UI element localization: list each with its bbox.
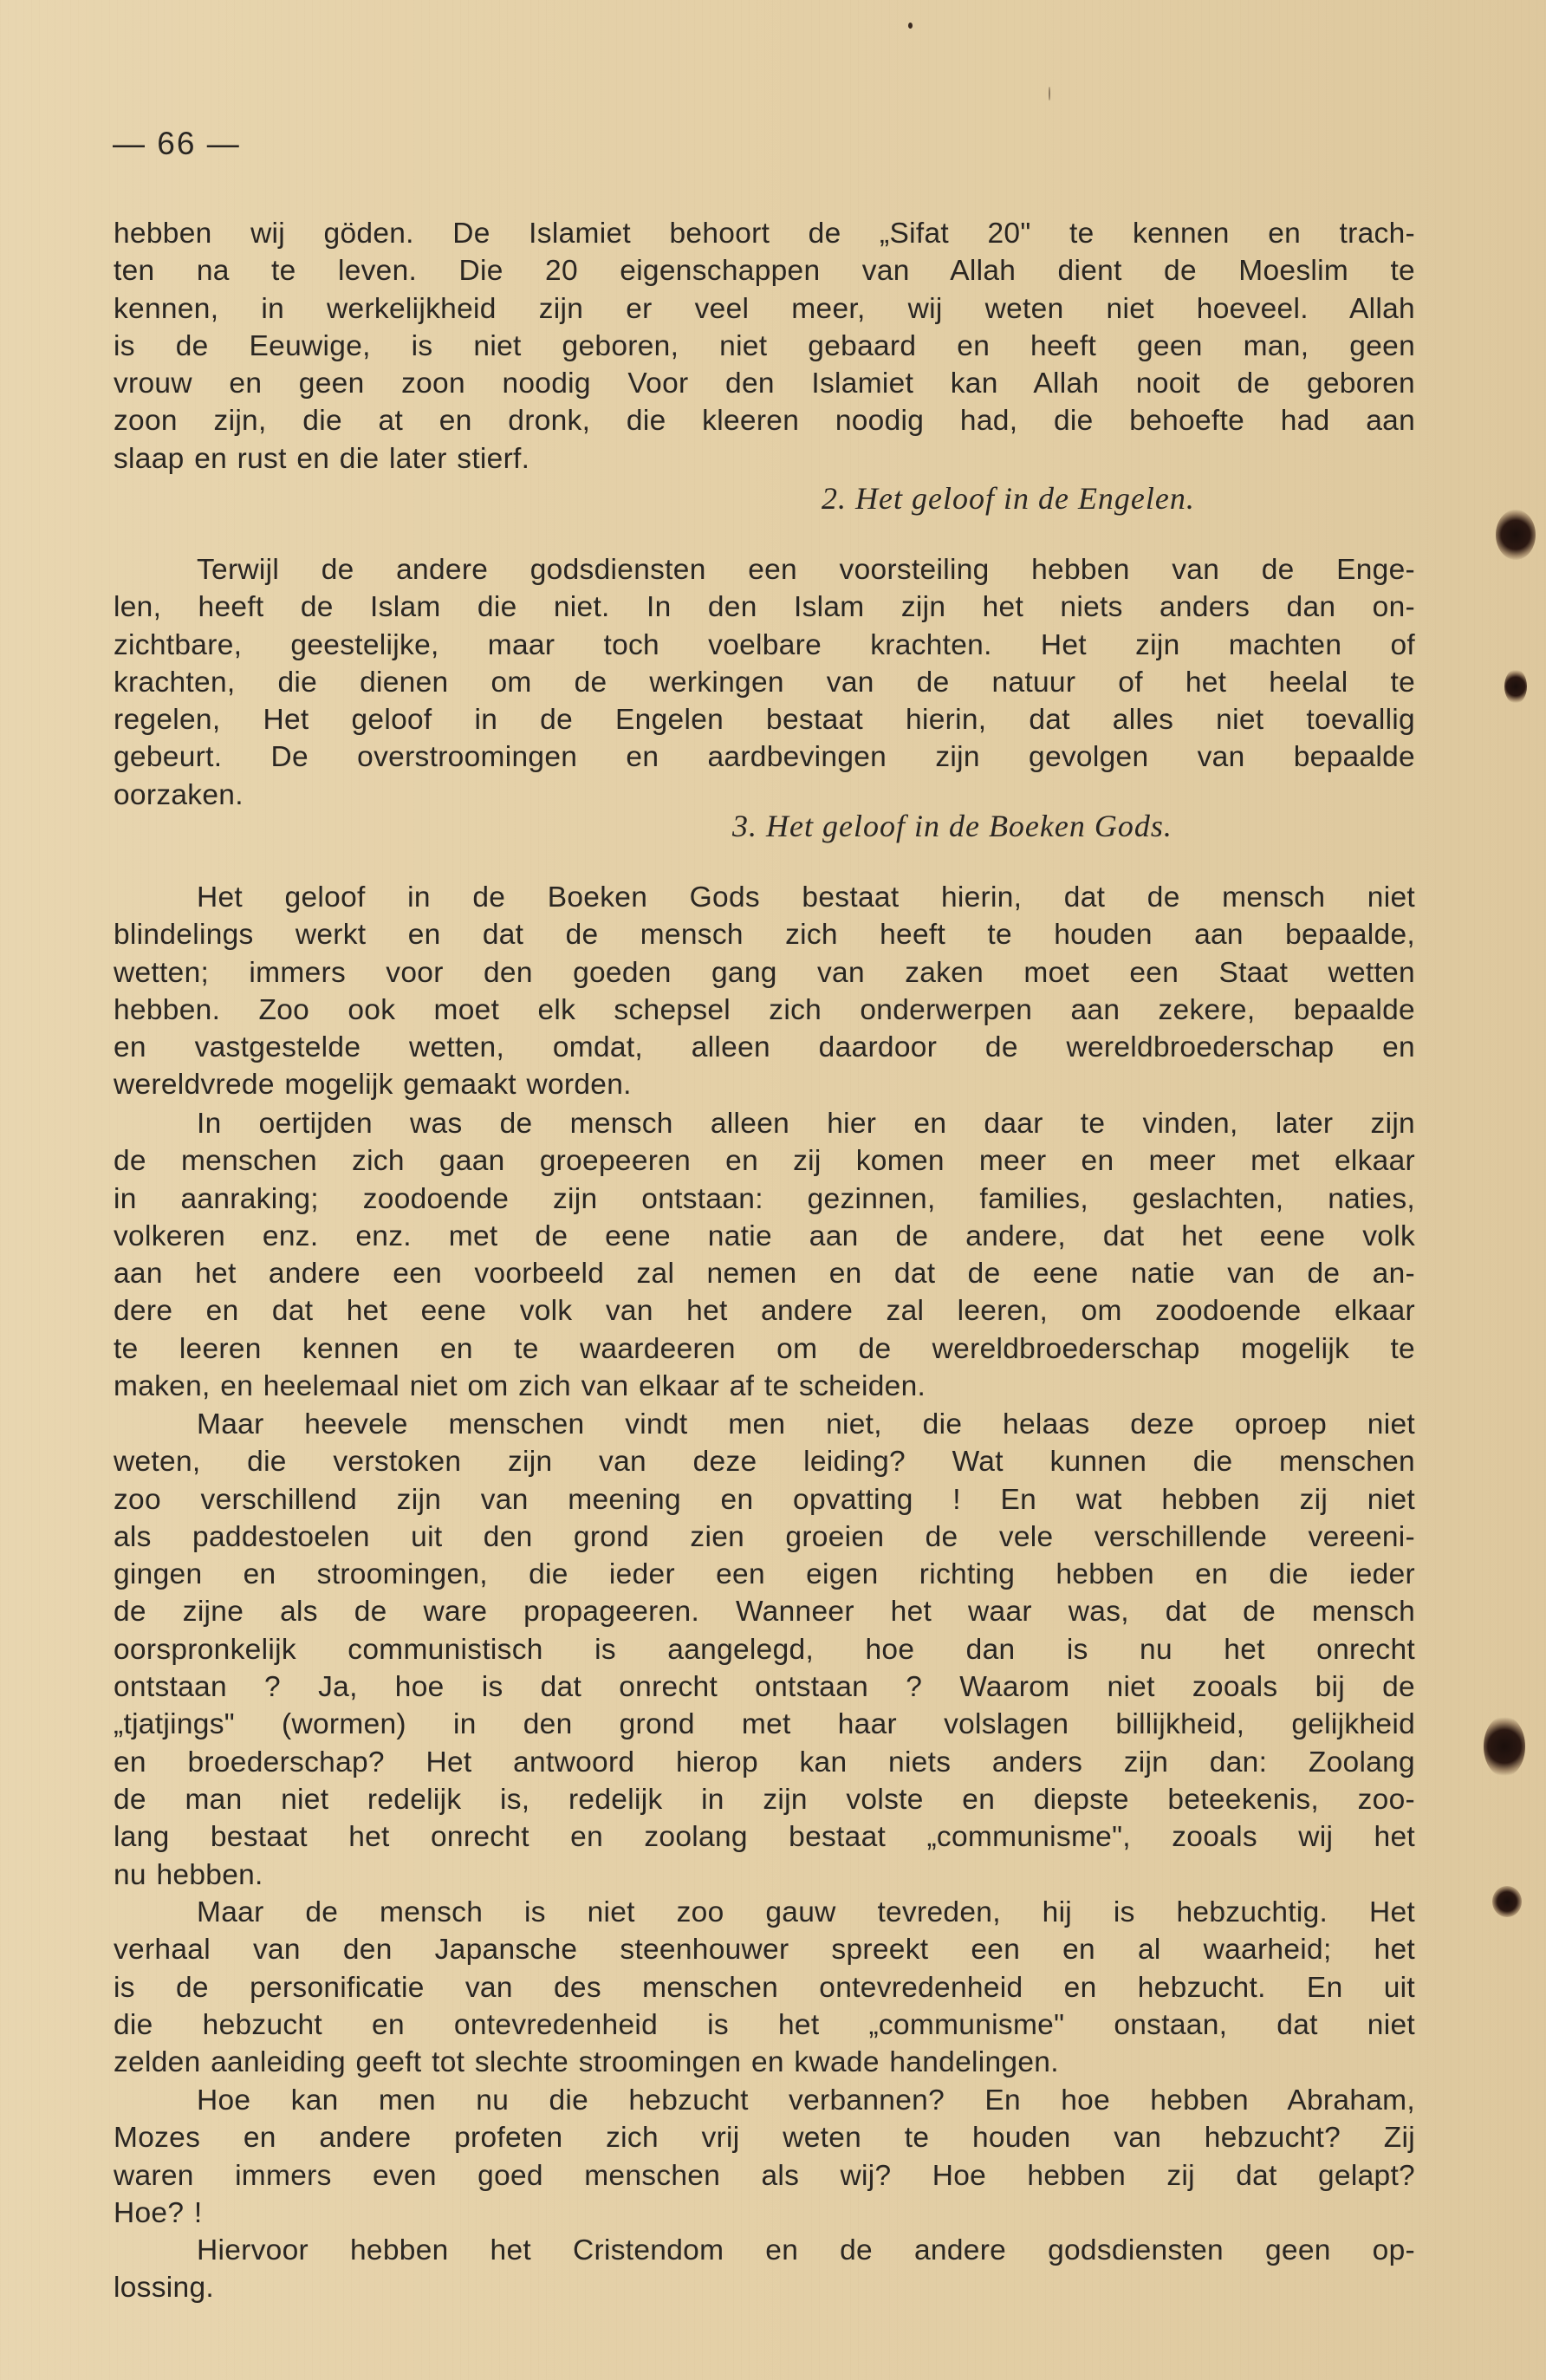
text-line: gingen en stroomingen, die ieder een eig… — [114, 1556, 1415, 1593]
paper-speck — [908, 23, 913, 29]
paragraph-7: Hoe kan men nu die hebzucht verbannen? E… — [114, 2082, 1415, 2232]
text-line: kennen, in werkelijkheid zijn er veel me… — [114, 290, 1415, 328]
text-line: vrouw en geen zoon noodig Voor den Islam… — [114, 365, 1415, 402]
text-line: regelen, Het geloof in de Engelen bestaa… — [114, 701, 1415, 738]
text-line: Het geloof in de Boeken Gods bestaat hie… — [114, 879, 1415, 916]
text-line: ontstaan ? Ja, hoe is dat onrecht ontsta… — [114, 1668, 1415, 1706]
paragraph-5: Maar heevele menschen vindt men niet, di… — [114, 1406, 1415, 1894]
text-line: nu hebben. — [114, 1857, 1415, 1894]
paragraph-6: Maar de mensch is niet zoo gauw tevreden… — [114, 1894, 1415, 2081]
text-line: aan het andere een voorbeeld zal nemen e… — [114, 1255, 1415, 1292]
text-line: lossing. — [114, 2269, 1415, 2306]
binding-hole-mark — [1496, 510, 1536, 560]
text-line: zoo verschillend zijn van meening en opv… — [114, 1481, 1415, 1518]
text-line: wetten; immers voor den goeden gang van … — [114, 954, 1415, 992]
section-heading-engelen: 2. Het geloof in de Engelen. — [822, 480, 1195, 517]
text-line: Hoe kan men nu die hebzucht verbannen? E… — [114, 2082, 1415, 2119]
text-line: dere en dat het eene volk van het andere… — [114, 1292, 1415, 1330]
text-line: Hiervoor hebben het Cristendom en de and… — [114, 2232, 1415, 2269]
text-line: gebeurt. De overstroomingen en aardbevin… — [114, 738, 1415, 776]
text-line: lang bestaat het onrecht en zoolang best… — [114, 1818, 1415, 1856]
text-line: de man niet redelijk is, redelijk in zij… — [114, 1781, 1415, 1818]
text-line: hebben wij göden. De Islamiet behoort de… — [114, 215, 1415, 252]
text-line: Mozes en andere profeten zich vrij weten… — [114, 2119, 1415, 2156]
text-line: „tjatjings" (wormen) in den grond met ha… — [114, 1706, 1415, 1743]
binding-hole-mark — [1504, 669, 1527, 704]
text-line: slaap en rust en die later stierf. — [114, 440, 1415, 478]
binding-hole-mark — [1492, 1886, 1522, 1917]
text-line: ten na te leven. Die 20 eigenschappen va… — [114, 252, 1415, 289]
paragraph-2: Terwijl de andere godsdiensten een voors… — [114, 551, 1415, 814]
text-line: weten, die verstoken zijn van deze leidi… — [114, 1443, 1415, 1480]
paper-speck — [1049, 87, 1050, 101]
page-number: — 66 — — [113, 126, 241, 162]
text-line: volkeren enz. enz. met de eene natie aan… — [114, 1218, 1415, 1255]
text-line: is de personificatie van des menschen on… — [114, 1969, 1415, 2006]
paragraph-3: Het geloof in de Boeken Gods bestaat hie… — [114, 879, 1415, 1104]
text-line: blindelings werkt en dat de mensch zich … — [114, 916, 1415, 953]
paragraph-4: In oertijden was de mensch alleen hier e… — [114, 1105, 1415, 1405]
text-line: zoon zijn, die at en dronk, die kleeren … — [114, 402, 1415, 439]
paragraph-1: hebben wij göden. De Islamiet behoort de… — [114, 215, 1415, 478]
text-line: zelden aanleiding geeft tot slechte stro… — [114, 2044, 1415, 2081]
text-line: Maar heevele menschen vindt men niet, di… — [114, 1406, 1415, 1443]
text-line: Terwijl de andere godsdiensten een voors… — [114, 551, 1415, 588]
paragraph-8: Hiervoor hebben het Cristendom en de and… — [114, 2232, 1415, 2307]
text-line: hebben. Zoo ook moet elk schepsel zich o… — [114, 992, 1415, 1029]
text-line: wereldvrede mogelijk gemaakt worden. — [114, 1066, 1415, 1103]
text-line: In oertijden was de mensch alleen hier e… — [114, 1105, 1415, 1142]
text-line: de zijne als de ware propageeren. Wannee… — [114, 1593, 1415, 1630]
binding-hole-mark — [1484, 1716, 1525, 1777]
text-line: maken, en heelemaal niet om zich van elk… — [114, 1368, 1415, 1405]
section-heading-boeken-gods: 3. Het geloof in de Boeken Gods. — [732, 808, 1172, 844]
text-line: en vastgestelde wetten, omdat, alleen da… — [114, 1029, 1415, 1066]
text-line: len, heeft de Islam die niet. In den Isl… — [114, 588, 1415, 626]
text-line: is de Eeuwige, is niet geboren, niet geb… — [114, 328, 1415, 365]
text-line: in aanraking; zoodoende zijn ontstaan: g… — [114, 1180, 1415, 1218]
text-line: en broederschap? Het antwoord hierop kan… — [114, 1744, 1415, 1781]
text-line: krachten, die dienen om de werkingen van… — [114, 664, 1415, 701]
text-line: zichtbare, geestelijke, maar toch voelba… — [114, 627, 1415, 664]
text-line: als paddestoelen uit den grond zien groe… — [114, 1518, 1415, 1556]
text-line: te leeren kennen en te waardeeren om de … — [114, 1330, 1415, 1368]
text-line: oorspronkelijk communistisch is aangeleg… — [114, 1631, 1415, 1668]
text-line: waren immers even goed menschen als wij?… — [114, 2157, 1415, 2195]
text-line: die hebzucht en ontevredenheid is het „c… — [114, 2006, 1415, 2044]
text-line: de menschen zich gaan groepeeren en zij … — [114, 1142, 1415, 1180]
text-line: verhaal van den Japansche steenhouwer sp… — [114, 1931, 1415, 1968]
text-line: Hoe? ! — [114, 2195, 1415, 2232]
text-line: Maar de mensch is niet zoo gauw tevreden… — [114, 1894, 1415, 1931]
